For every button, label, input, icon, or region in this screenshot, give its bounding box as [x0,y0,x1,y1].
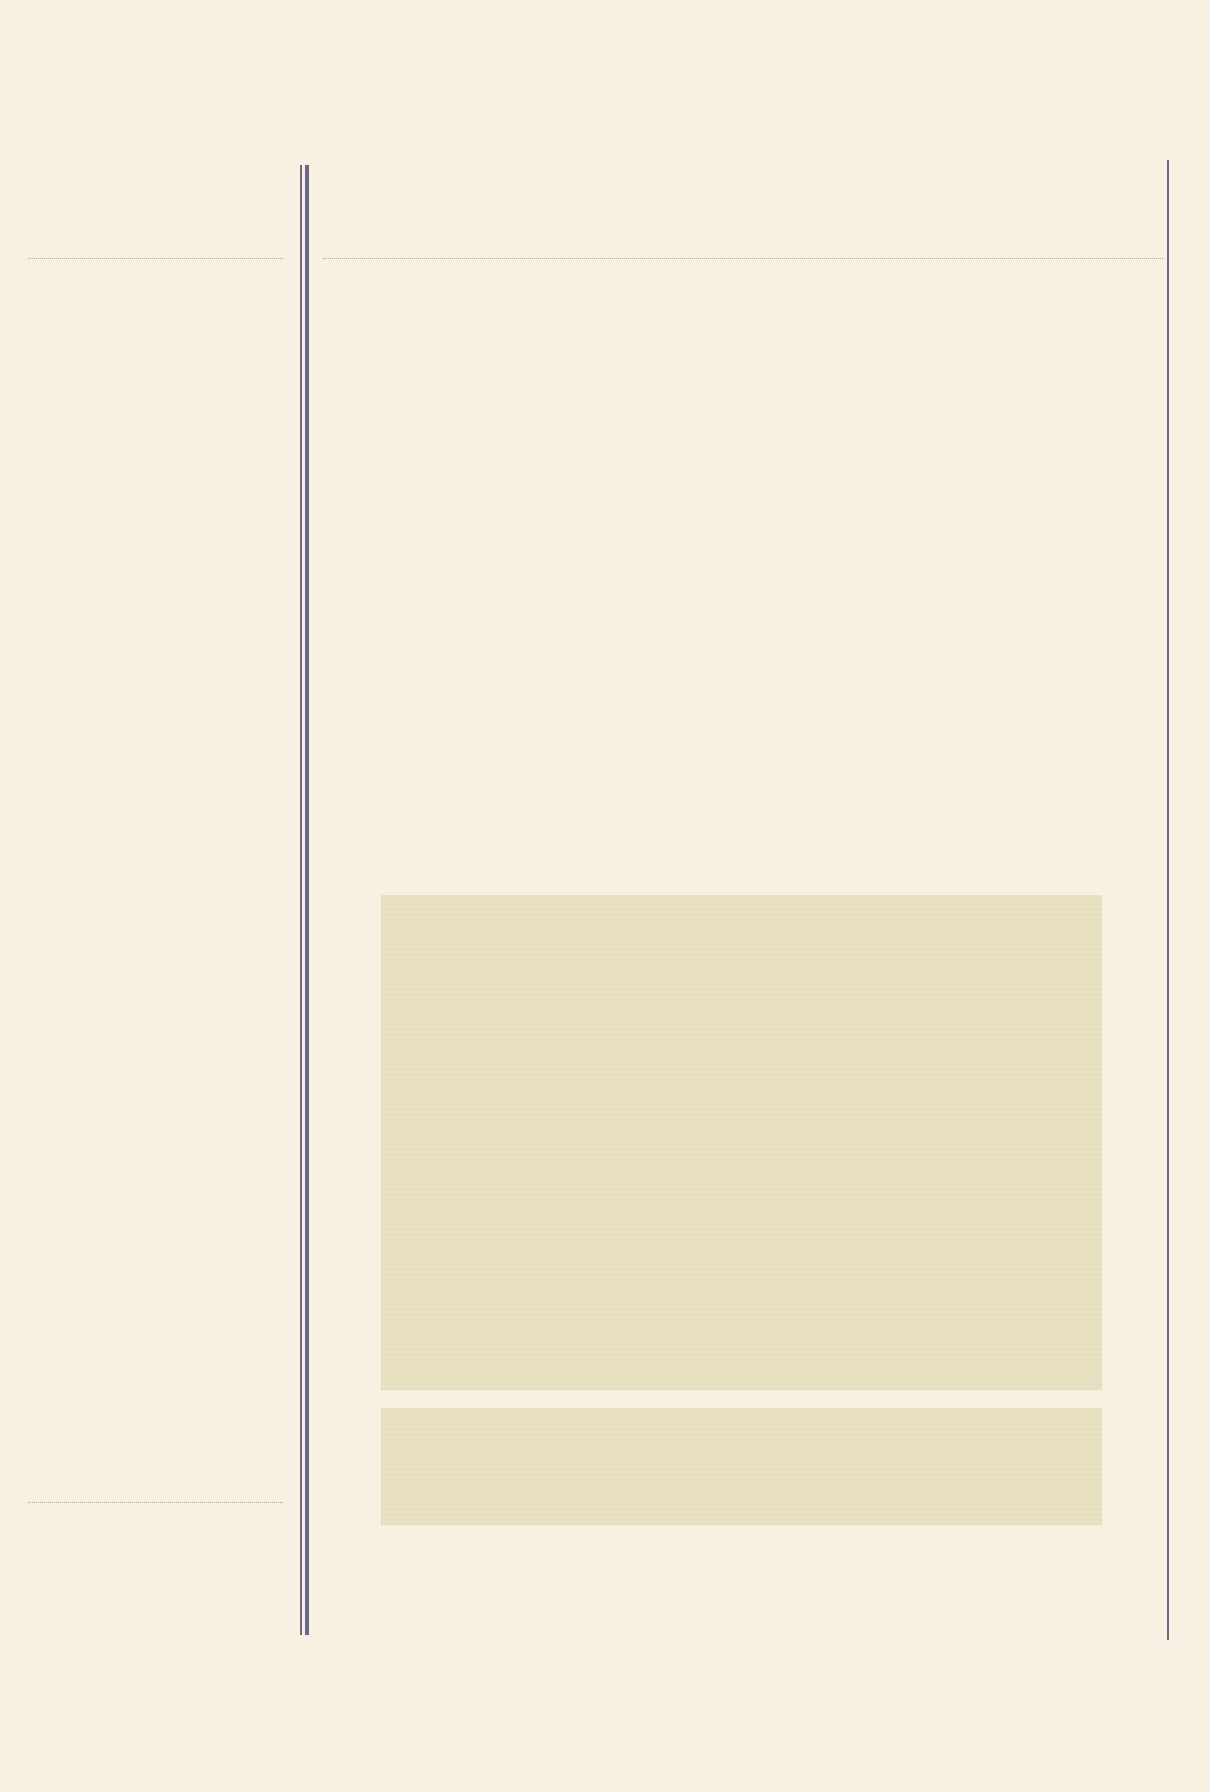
entry-divider [323,258,1163,259]
margin-divider [28,258,283,259]
manuscript-closeup-image [381,1408,1102,1525]
vertical-rule-right [1167,160,1169,1640]
manuscript-image [381,895,1102,1390]
sources-divider [28,1502,283,1503]
vertical-rule-thin [300,165,302,1635]
vertical-rule-thick [305,165,309,1635]
next-page-bleed [1172,150,1210,850]
